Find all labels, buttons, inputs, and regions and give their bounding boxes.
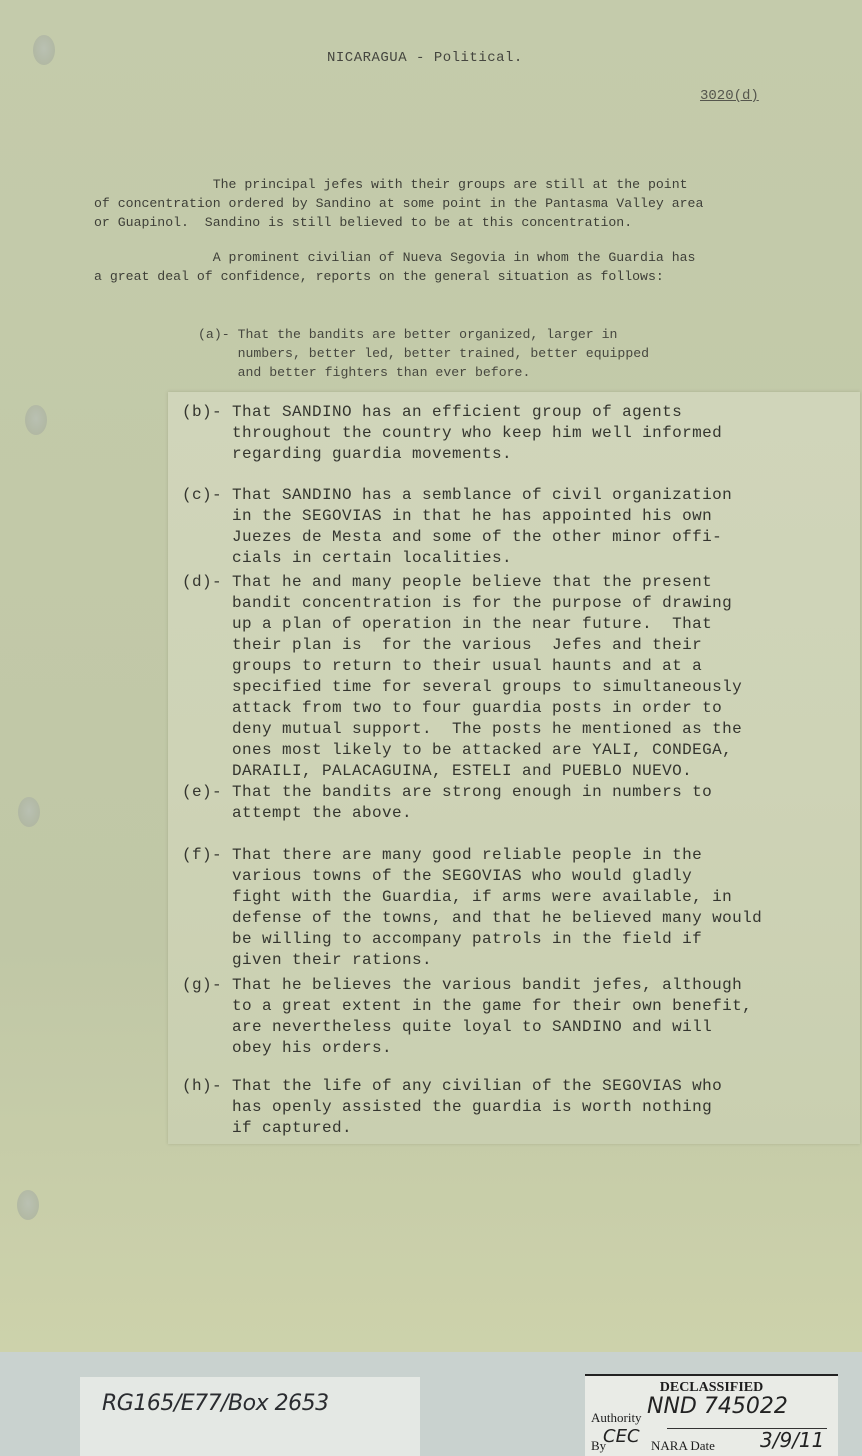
authority-label: Authority (591, 1410, 642, 1426)
report-item-e: (e)- That the bandits are strong enough … (182, 782, 712, 824)
paragraph-civilian-report: A prominent civilian of Nueva Segovia in… (94, 248, 695, 286)
punch-hole-icon (25, 405, 47, 435)
nara-date-label: NARA Date (651, 1438, 715, 1454)
declassification-stamp: DECLASSIFIED Authority NND 745022 By CEC… (585, 1374, 838, 1456)
punch-hole-icon (33, 35, 55, 65)
paragraph-concentration: The principal jefes with their groups ar… (94, 175, 703, 232)
report-item-b: (b)- That SANDINO has an efficient group… (182, 402, 722, 465)
punch-hole-icon (17, 1190, 39, 1220)
by-value: CEC (603, 1426, 640, 1447)
document-title: NICARAGUA - Political. (327, 50, 523, 66)
report-item-g: (g)- That he believes the various bandit… (182, 975, 752, 1059)
archive-box-label: RG165/E77/Box 2653 (80, 1377, 420, 1456)
document-page: NICARAGUA - Political. 3020(d) The princ… (0, 0, 862, 1352)
report-item-h: (h)- That the life of any civilian of th… (182, 1076, 722, 1139)
report-item-c: (c)- That SANDINO has a semblance of civ… (182, 485, 732, 569)
pasted-slip: (b)- That SANDINO has an efficient group… (168, 392, 860, 1144)
report-item-a: (a)- That the bandits are better organiz… (198, 325, 649, 382)
report-item-d: (d)- That he and many people believe tha… (182, 572, 742, 782)
file-number: 3020(d) (700, 88, 759, 104)
archive-box-text: RG165/E77/Box 2653 (102, 1391, 329, 1416)
punch-hole-icon (18, 797, 40, 827)
report-item-f: (f)- That there are many good reliable p… (182, 845, 762, 971)
date-value: 3/9/11 (760, 1428, 824, 1452)
authority-value: NND 745022 (647, 1394, 788, 1419)
